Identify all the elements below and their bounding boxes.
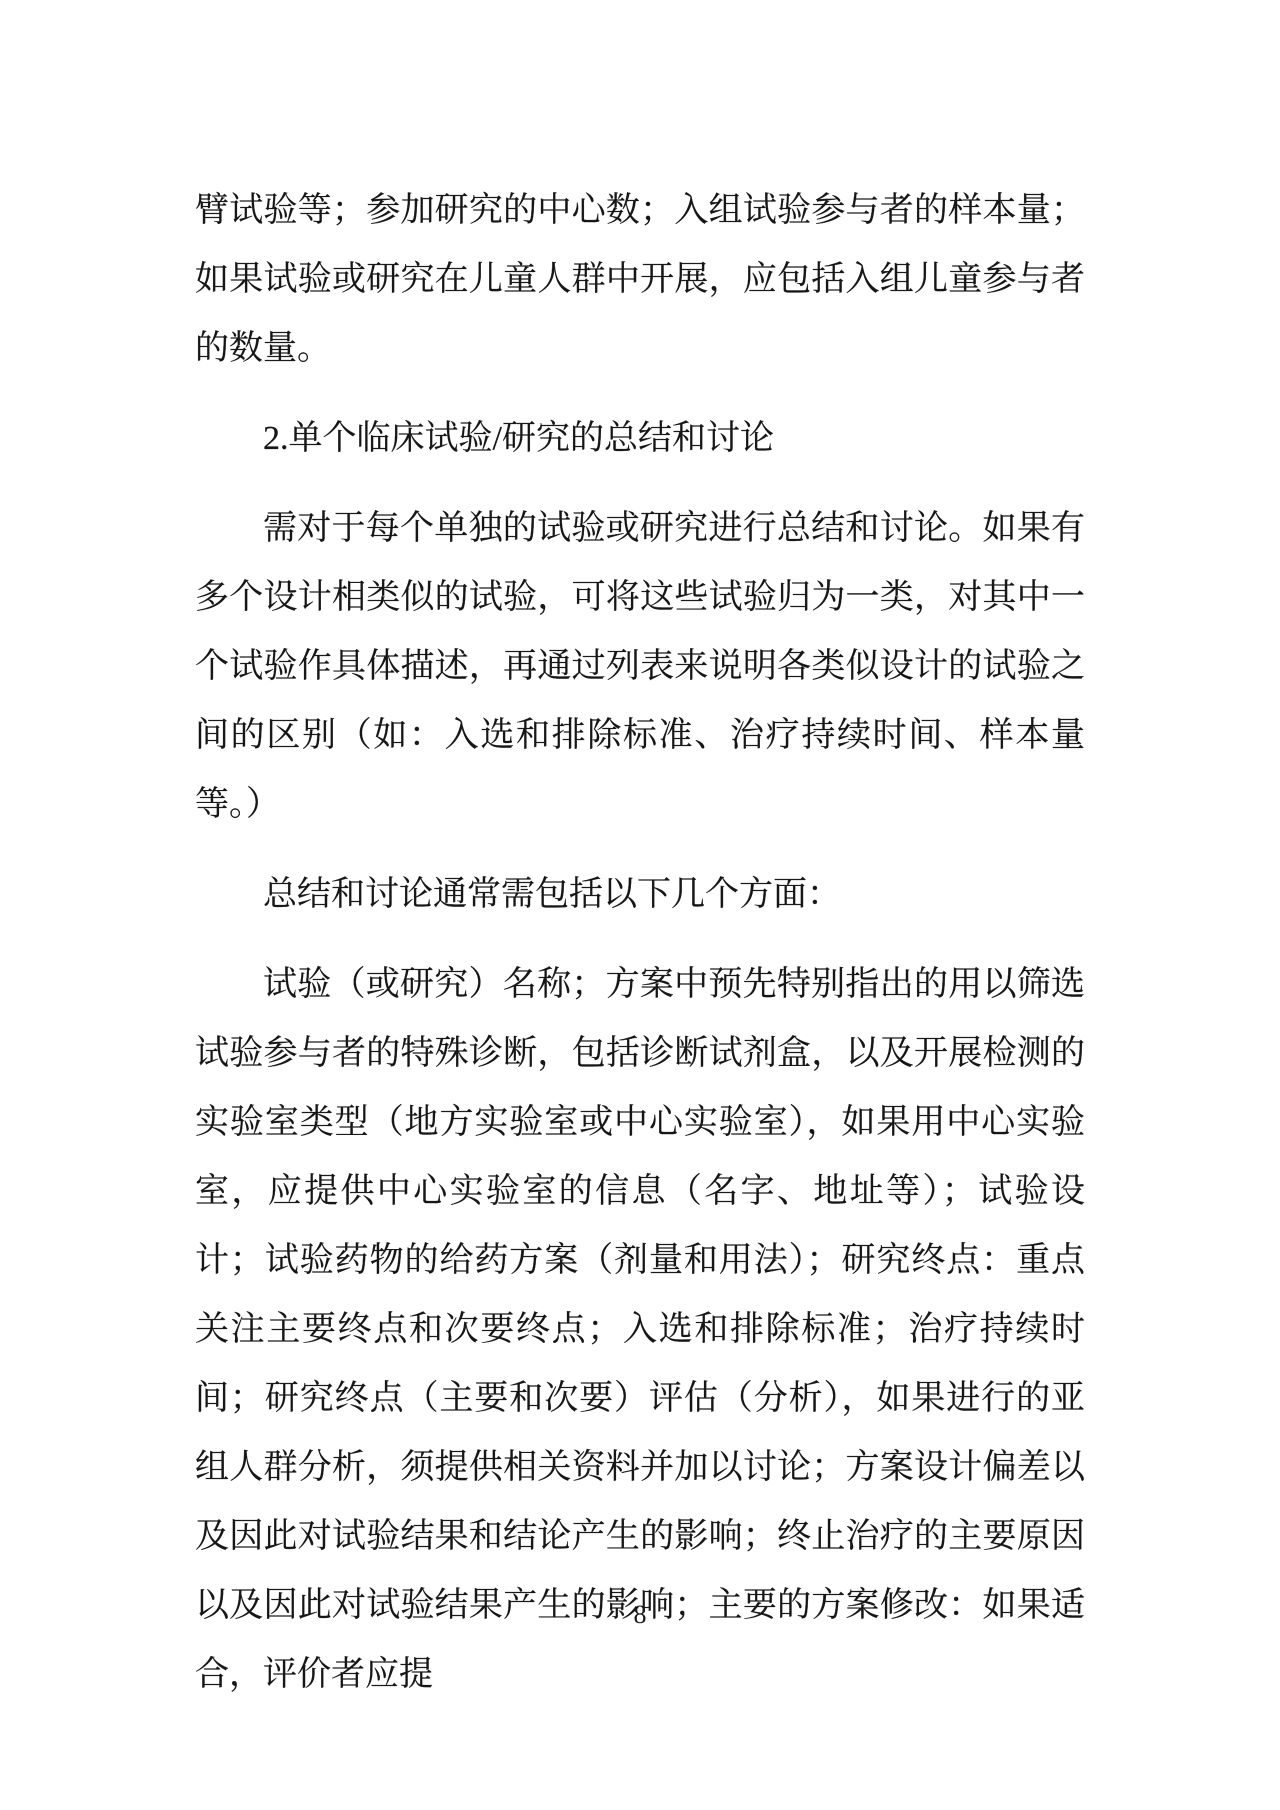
paragraph-summary-discussion: 需对于每个单独的试验或研究进行总结和讨论。如果有多个设计相类似的试验，可将这些试… — [195, 494, 1085, 839]
page-text-block: 臂试验等；参加研究的中心数；入组试验参与者的样本量；如果试验或研究在儿童人群中开… — [195, 176, 1085, 1709]
paragraph-trial-details: 试验（或研究）名称；方案中预先特别指出的用以筛选试验参与者的特殊诊断，包括诊断试… — [195, 950, 1085, 1709]
paragraph-continued-from-previous-page: 臂试验等；参加研究的中心数；入组试验参与者的样本量；如果试验或研究在儿童人群中开… — [195, 176, 1085, 383]
paragraph-aspects-intro: 总结和讨论通常需包括以下几个方面： — [195, 860, 1085, 929]
section-heading: 2.单个临床试验/研究的总结和讨论 — [195, 404, 1085, 473]
document-page: 臂试验等；参加研究的中心数；入组试验参与者的样本量；如果试验或研究在儿童人群中开… — [0, 0, 1280, 1810]
page-number: 8 — [195, 1600, 1085, 1630]
